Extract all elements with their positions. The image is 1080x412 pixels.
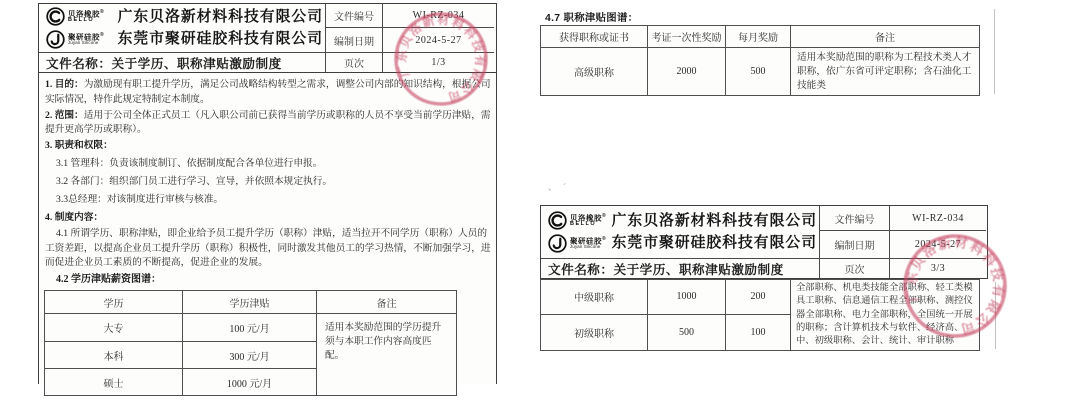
table-row: 大专 100 元/月 适用本奖励范围的学历提升须与本职工作内容高度匹配。 — [45, 314, 457, 342]
logos: 贝洛橡胶® BELLO 聚研硅胶® Juyan Silicone — [46, 7, 118, 49]
table-row: 中级职称 1000 200 全部职称、机电类技能全部职称、轻工类模具工职称、信息… — [541, 280, 980, 315]
title-allowance-table: 获得职称或证书 考证一次性奖励 每月奖励 备注 高级职称 2000 500 适用… — [540, 25, 980, 96]
company-name-1: 广东贝洛新材料科技有限公司 — [118, 6, 323, 28]
title-remark: 全部职称、机电类技能全部职称、轻工类模具工职称、信息通信工程全部职称、测控仪器全… — [791, 280, 980, 351]
page1-header-table: 贝洛橡胶® BELLO 聚研硅胶® Juyan Silicone 广 — [39, 4, 496, 73]
col-header-allowance: 学历津贴 — [183, 291, 317, 314]
date-label: 编制日期 — [325, 27, 382, 52]
doc-no-value: WI-RZ-034 — [382, 4, 494, 27]
company-logo-block: 贝洛橡胶® BELLO 聚研硅胶® Juyan Silicone 广 — [39, 4, 325, 52]
doc-no-value: WI-RZ-034 — [889, 206, 986, 230]
allowance-amount: 300 元/月 — [183, 342, 317, 369]
document-page-1: 贝洛橡胶® BELLO 聚研硅胶® Juyan Silicone 广 — [38, 3, 497, 384]
bello-logo-icon — [548, 211, 567, 230]
juyan-logo: 聚研硅胶® Juyan Silicone — [548, 234, 612, 253]
title-level: 中级职称 — [541, 280, 648, 315]
juyan-logo: 聚研硅胶® Juyan Silicone — [46, 30, 118, 49]
policy-body-text: 1. 目的：为激励现有职工提升学历，满足公司战略结构转型之需求，调整公司内部的知… — [39, 73, 496, 287]
para-3-1: 3.1 管理科：负责该制度制订、依据制度配合各单位进行申报。 — [45, 157, 491, 172]
page-number: 3/3 — [889, 258, 986, 278]
logos: 贝洛橡胶® BELLO 聚研硅胶® Juyan Silicone — [548, 211, 612, 253]
title-level: 初级职称 — [541, 314, 648, 351]
page3-header-table: 贝洛橡胶® BELLO 聚研硅胶® Juyan Silicone 广 — [540, 205, 988, 279]
bello-logo-icon — [46, 7, 65, 26]
doc-no-label: 文件编号 — [325, 4, 382, 27]
doc-title: 文件名称：关于学历、职称津贴激励制度 — [541, 258, 819, 278]
heading-content: 4. 制度内容： — [45, 211, 491, 226]
juyan-logo-text: 聚研硅胶® Juyan Silicone — [570, 237, 606, 249]
col-header-onetime-reward: 考证一次性奖励 — [648, 26, 726, 48]
para-3-3: 3.3总经理：对该制度进行审核与核准。 — [45, 193, 491, 208]
education-level: 硕士 — [45, 369, 183, 396]
monthly-reward: 500 — [726, 48, 791, 96]
company-names: 广东贝洛新材料科技有限公司 东莞市聚研硅胶科技有限公司 — [118, 6, 323, 50]
company-name-1: 广东贝洛新材料科技有限公司 — [612, 210, 817, 232]
monthly-reward: 200 — [726, 280, 791, 315]
para-4-1: 4.1 所谓学历、职称津贴，即企业给予员工提升学历（职称）津贴，适当拉开不同学历… — [45, 227, 491, 271]
page-number: 1/3 — [382, 52, 494, 72]
company-name-2: 东莞市聚研硅胶科技有限公司 — [612, 232, 817, 254]
company-names: 广东贝洛新材料科技有限公司 东莞市聚研硅胶科技有限公司 — [612, 210, 817, 254]
table-header-row: 获得职称或证书 考证一次性奖励 每月奖励 备注 — [541, 26, 980, 48]
onetime-reward: 500 — [648, 314, 726, 351]
col-header-title-cert: 获得职称或证书 — [541, 26, 648, 48]
date-label: 编制日期 — [819, 230, 889, 258]
scan-artifact-line — [994, 9, 995, 94]
table-row: 高级职称 2000 500 适用本奖励范围的职称为工程技术类人才职称，依广东省可… — [541, 48, 980, 96]
bello-logo-text: 贝洛橡胶® BELLO — [570, 214, 606, 228]
education-level: 本科 — [45, 342, 183, 369]
allowance-amount: 1000 元/月 — [183, 369, 317, 396]
col-header-remark: 备注 — [791, 26, 980, 48]
title-allowance-table-continued: 中级职称 1000 200 全部职称、机电类技能全部职称、轻工类模具工职称、信息… — [540, 279, 980, 351]
company-name-2: 东莞市聚研硅胶科技有限公司 — [118, 28, 323, 50]
allowance-amount: 100 元/月 — [183, 314, 317, 342]
para-scope: 2. 范围：适用于公司全体正式员工（凡入职公司前已获得当前学历或职称的人员不享受… — [45, 109, 491, 138]
juyan-logo-text: 聚研硅胶® Juyan Silicone — [68, 33, 104, 45]
para-3-2: 3.2 各部门：组织部门员工进行学习、宣导，并依照本规定执行。 — [45, 175, 491, 190]
doc-title: 文件名称：关于学历、职称津贴激励制度 — [39, 52, 325, 72]
col-header-remark: 备注 — [317, 291, 457, 314]
bello-logo: 贝洛橡胶® BELLO — [548, 211, 612, 230]
scan-artifact-line — [995, 282, 996, 349]
para-purpose: 1. 目的：为激励现有职工提升学历，满足公司战略结构转型之需求，调整公司内部的知… — [45, 78, 491, 107]
education-remark: 适用本奖励范围的学历提升须与本职工作内容高度匹配。 — [317, 314, 457, 396]
bello-logo: 贝洛橡胶® BELLO — [46, 7, 118, 26]
table-4-7-caption: 4.7 职称津贴图谱： — [545, 9, 638, 24]
onetime-reward: 1000 — [648, 280, 726, 315]
col-header-education: 学历 — [45, 291, 183, 314]
title-level: 高级职称 — [541, 48, 648, 96]
date-value: 2024-5-27 — [889, 230, 986, 258]
title-remark: 适用本奖励范围的职称为工程技术类人才职称，依广东省可评定职称；含石油化工技能类 — [791, 48, 980, 96]
company-logo-block: 贝洛橡胶® BELLO 聚研硅胶® Juyan Silicone 广 — [541, 206, 819, 258]
juyan-logo-icon — [46, 30, 65, 49]
scan-artifact-marks: 、ˊ — [548, 180, 572, 193]
document-page-3: 贝洛橡胶® BELLO 聚研硅胶® Juyan Silicone 广 — [540, 205, 988, 350]
col-header-monthly-reward: 每月奖励 — [726, 26, 791, 48]
education-level: 大专 — [45, 314, 183, 342]
onetime-reward: 2000 — [648, 48, 726, 96]
monthly-reward: 100 — [726, 314, 791, 351]
juyan-logo-icon — [548, 234, 567, 253]
table-header-row: 学历 学历津贴 备注 — [45, 291, 457, 314]
date-value: 2024-5-27 — [382, 27, 494, 52]
page-label: 页次 — [819, 258, 889, 278]
education-allowance-table: 学历 学历津贴 备注 大专 100 元/月 适用本奖励范围的学历提升须与本职工作… — [44, 290, 457, 396]
table-4-2-caption: 4.2 学历津贴薪资图谱： — [45, 273, 491, 288]
doc-no-label: 文件编号 — [819, 206, 889, 230]
heading-responsibility: 3. 职责和权限： — [45, 139, 491, 154]
bello-logo-text: 贝洛橡胶® BELLO — [68, 10, 104, 24]
page-label: 页次 — [325, 52, 382, 72]
